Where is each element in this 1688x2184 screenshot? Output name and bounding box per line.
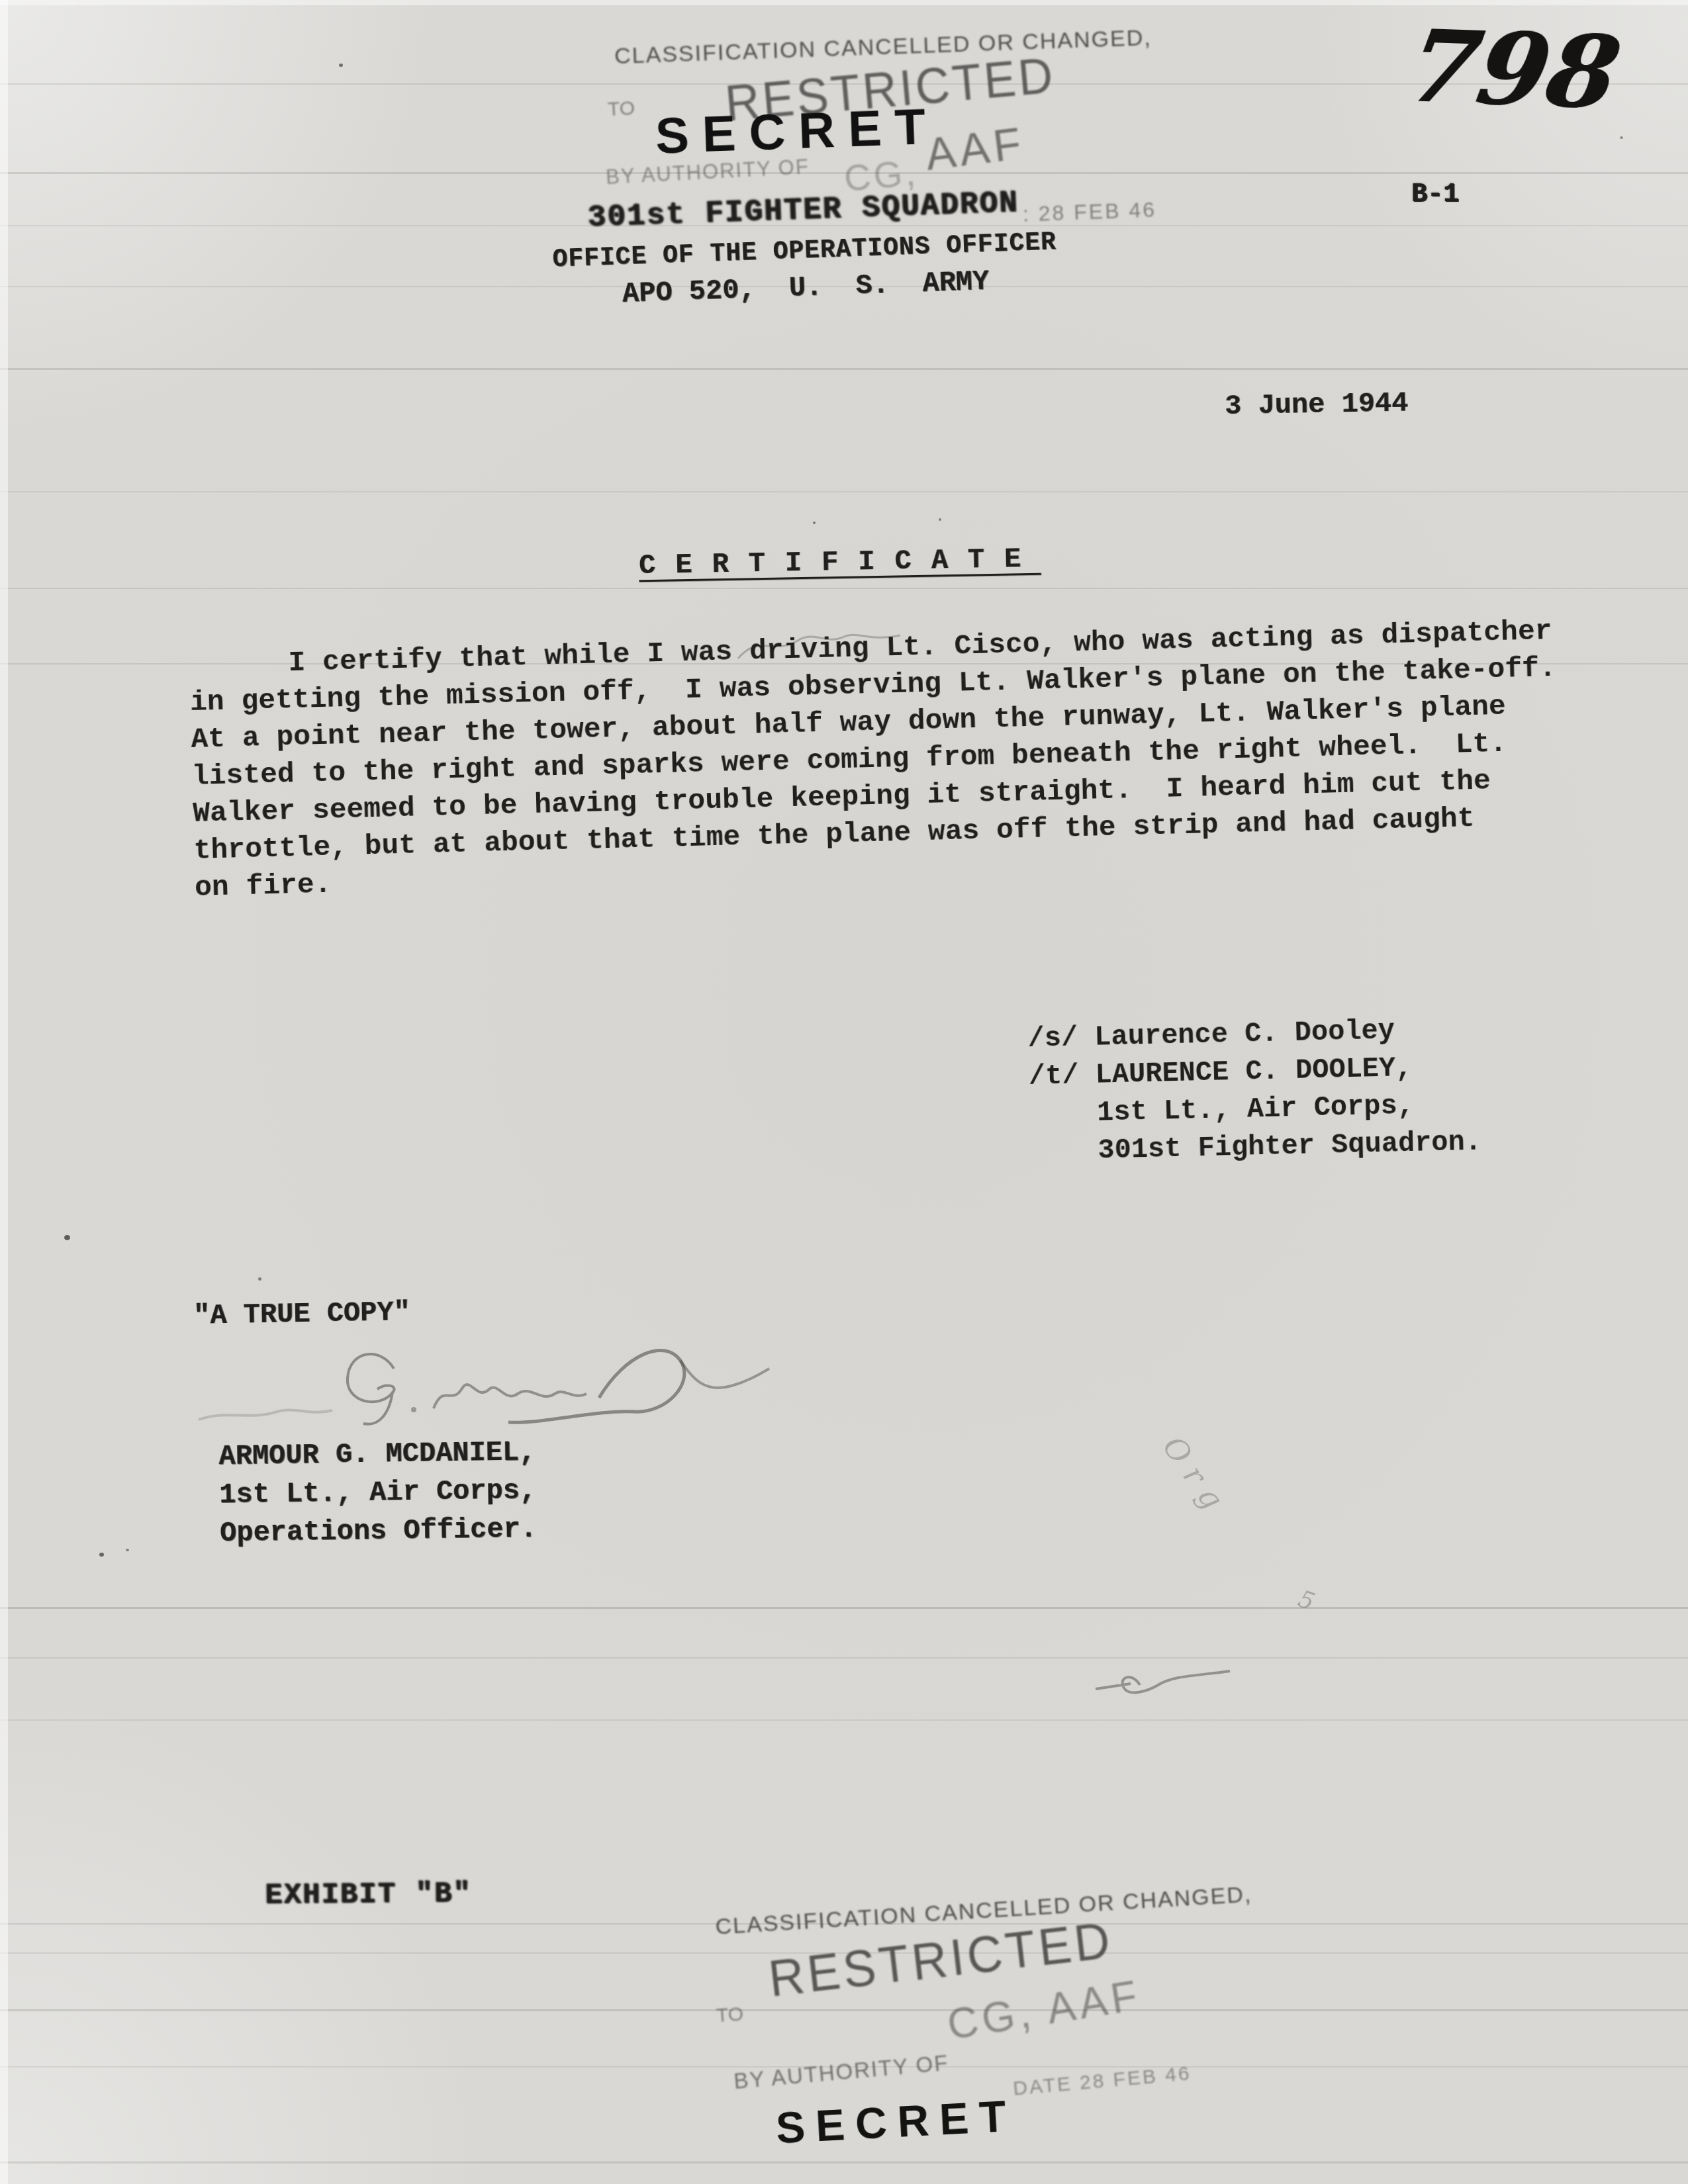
exhibit-page-ref: B-1 [1411,180,1459,210]
ink-speck [939,518,941,521]
scanned-document-page: CLASSIFICATION CANCELLED OR CHANGED, TO … [0,0,1688,2184]
bottom-stamp-to-label: TO [716,2003,744,2028]
page-edge [0,0,8,2184]
ink-speck [99,1553,104,1557]
body-paragraph: I certify that while I was driving Lt. C… [189,612,1611,907]
officer-name-line: ARMOUR G. MCDANIEL, [218,1433,536,1476]
top-stamp-authority-line: BY AUTHORITY OF [605,155,810,189]
officer-rank-line: 1st Lt., Air Corps, [219,1471,537,1514]
date-line: 3 June 1944 [1225,388,1409,423]
exhibit-label: EXHIBIT "B" [265,1878,472,1913]
ink-speck [64,1235,70,1240]
scan-artifact-line [0,1719,1688,1721]
ink-speck [813,522,816,524]
ink-speck [126,1549,129,1551]
scan-artifact-line [0,588,1688,589]
letterhead-line1: 301st FIGHTER SQUADRON [534,184,1071,237]
scan-artifact-line [0,1607,1688,1609]
scan-artifact-line [0,1657,1688,1659]
scan-artifact-line [0,491,1688,492]
scan-artifact-line [0,2161,1688,2163]
ink-speck [1620,136,1623,139]
ink-speck [339,64,343,67]
true-copy-label: "A TRUE COPY" [193,1297,410,1332]
certifying-officer-block: ARMOUR G. MCDANIEL, 1st Lt., Air Corps, … [218,1433,537,1553]
certificate-title: CERTIFICATE [639,543,1041,582]
page-edge [0,0,1688,5]
bottom-stamp-secret: SECRET [774,2091,1017,2154]
bottom-stamp-date-fragment: DATE 28 FEB 46 [1012,2062,1192,2100]
margin-note-dash-e-mark [1092,1655,1244,1714]
handwritten-page-number: 798 [1400,9,1628,132]
signature-block: /s/ Laurence C. Dooley /t/ LAURENCE C. D… [1027,1011,1482,1171]
scan-artifact-line [0,2009,1688,2011]
letterhead: 301st FIGHTER SQUADRON OFFICE OF THE OPE… [534,184,1074,313]
ink-speck [258,1277,261,1281]
officer-title-line: Operations Officer. [220,1510,538,1553]
top-stamp-to-label: TO [607,97,635,121]
top-stamp-aaf: AAF [923,117,1028,181]
margin-note-small-mark: 5 [1295,1585,1319,1615]
bottom-stamp-authority-line: BY AUTHORITY OF [733,2050,950,2094]
margin-note-diagonal: Org [1156,1430,1237,1524]
scan-artifact-line [0,368,1688,370]
